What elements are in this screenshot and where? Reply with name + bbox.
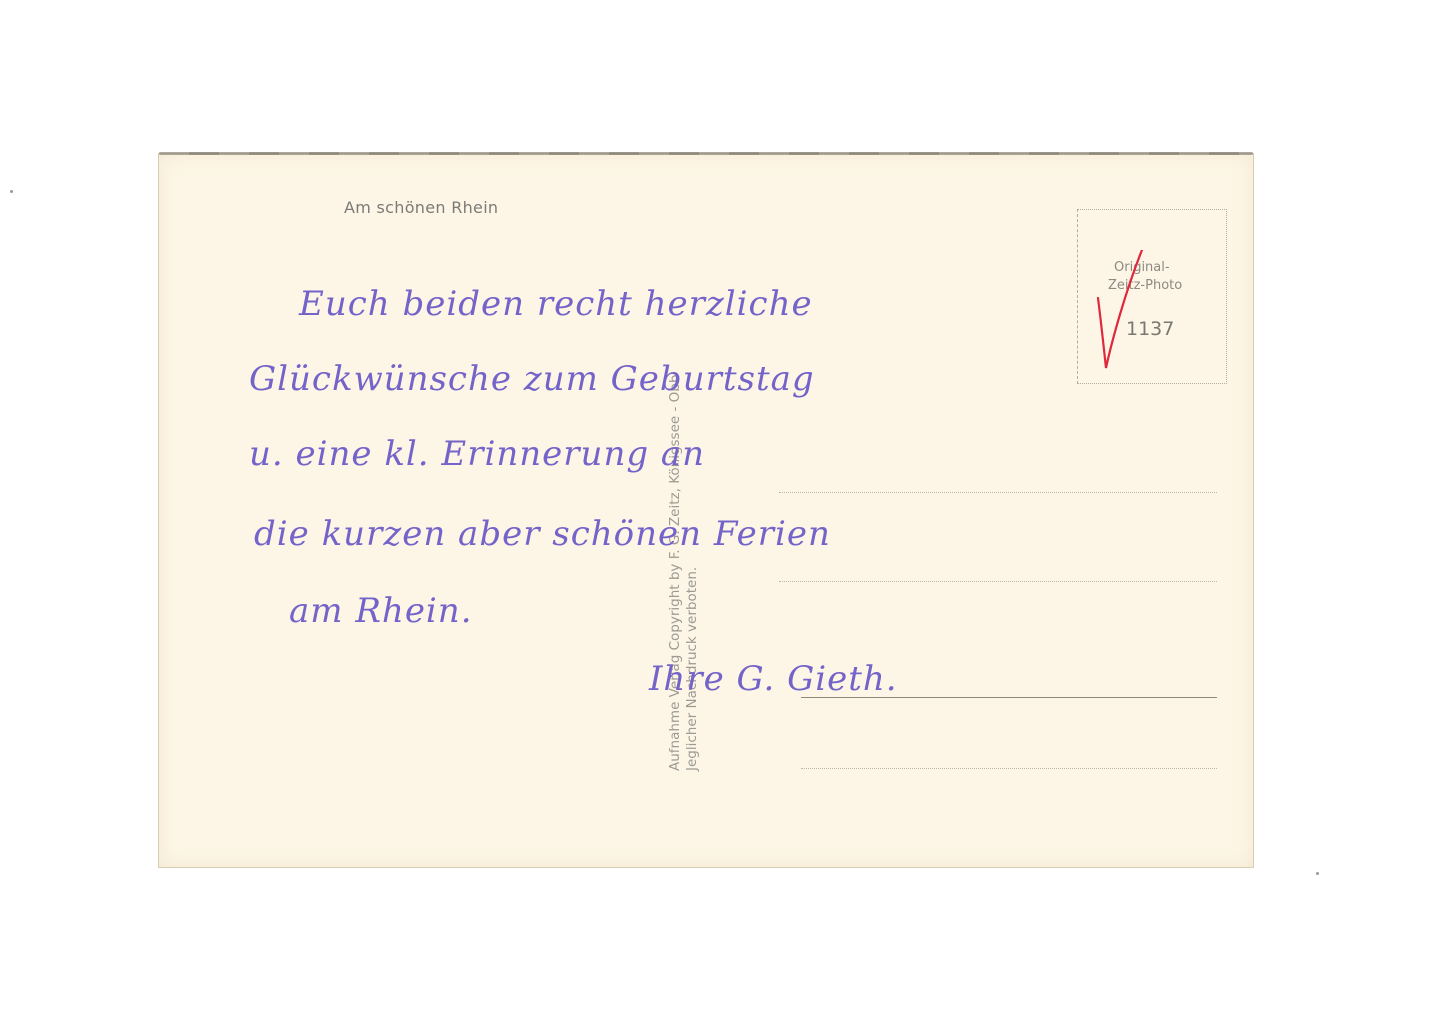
handwritten-line-3: u. eine kl. Erinnerung an bbox=[249, 434, 705, 474]
handwritten-signature: Ihre G. Gieth. bbox=[649, 659, 898, 699]
address-line-1 bbox=[779, 492, 1217, 493]
address-line-4 bbox=[801, 768, 1217, 769]
scan-speck bbox=[10, 190, 13, 193]
handwritten-line-4: die kurzen aber schönen Ferien bbox=[254, 514, 831, 554]
handwritten-line-1: Euch beiden recht herzliche bbox=[299, 284, 813, 324]
handwritten-line-2: Glückwünsche zum Geburtstag bbox=[249, 359, 815, 399]
handwritten-line-5: am Rhein. bbox=[289, 591, 473, 631]
stamp-box: Original- Zeitz-Photo 1137 bbox=[1077, 209, 1227, 384]
postcard-caption: Am schönen Rhein bbox=[344, 198, 498, 217]
postcard-back: Am schönen Rhein Original- Zeitz-Photo 1… bbox=[158, 153, 1254, 868]
red-check-mark-icon bbox=[1092, 250, 1152, 380]
scan-speck bbox=[1316, 872, 1319, 875]
address-line-2 bbox=[779, 581, 1217, 582]
